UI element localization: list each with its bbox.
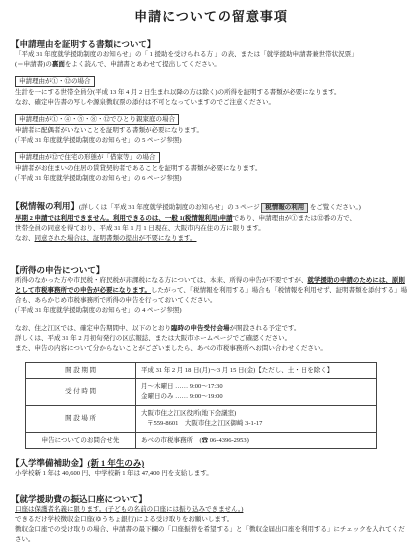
tax-line3: なお、同意された場合は、証明書類の提出が不要になります。 bbox=[11, 234, 411, 244]
tax-filing-venue-table: 開 設 期 間 平成 31 年 2 月 18 日(月)～3 月 15 日(金)【… bbox=[25, 362, 377, 449]
row-label-contact: 申告についてのお問合せ先 bbox=[26, 433, 136, 449]
income-p1-a: 所得のなかった方や市民税・府民税が非課税になる方については、本来、所得の申告が不… bbox=[15, 277, 307, 284]
tax-heading-note-a: (詳しくは「平成 31 年度就学援助制度のお知らせ」の 3 ページ bbox=[79, 204, 261, 211]
tax-line3-emph: 同意された場合は、証明書類の提出が不要になります。 bbox=[35, 235, 197, 242]
case3-line2: (「平成 31 年度就学援助制度のお知らせ」の 6 ページ参照) bbox=[11, 174, 411, 184]
case2-line2: (「平成 31 年度就学援助制度のお知らせ」の 5 ページ参照) bbox=[11, 136, 411, 146]
row-value-hours: 月～木曜日 …… 9:00～17:30 金曜日のみ …… 9:00～19:00 bbox=[136, 379, 377, 406]
docs-intro-line2-c: をよく読んで、申請書とあわせて提出してください。 bbox=[65, 61, 221, 68]
income-p1-reference: (「平成 31 年度就学援助制度のお知らせ」の 4 ページ参照) bbox=[11, 306, 411, 316]
account-line3: 徴収金口座での受け取りの場合、申請書の最下欄の「口座振替を希望する」と「徴収金届… bbox=[11, 525, 411, 545]
case3-line1: 申請者がお住まいの住居の賃貸契約者であることを証明する書類が必要になります。 bbox=[11, 164, 411, 174]
table-row: 申告についてのお問合せ先 あべの市税事務所 (☎ 06-4396-2953) bbox=[26, 433, 377, 449]
section-heading-tax: 【税情報の利用】(詳しくは「平成 31 年度就学援助制度のお知らせ」の 3 ペー… bbox=[11, 200, 411, 214]
tax-heading-note-b: をご覧ください。) bbox=[308, 204, 361, 211]
row-label-period: 開 設 期 間 bbox=[26, 363, 136, 379]
row-label-hours: 受 付 時 間 bbox=[26, 379, 136, 406]
income-p2-c: が開設される予定です。 bbox=[230, 325, 301, 332]
docs-intro-line2: (＝申請書)の裏面をよく読んで、申請書とあわせて提出してください。 bbox=[11, 60, 411, 70]
section-heading-bank-account: 【就学援助費の振込口座について】 bbox=[11, 493, 411, 505]
entry-subsidy-heading: 【入学準備補助金】 bbox=[11, 458, 88, 468]
income-paragraph2-line1: なお、住之江区では、確定申告期間中、以下のとおり臨時の申告受付会場が開設される予… bbox=[11, 324, 411, 334]
row-value-contact: あべの市税事務所 (☎ 06-4396-2953) bbox=[136, 433, 377, 449]
tax-line3-pre: なお、 bbox=[15, 235, 35, 242]
entry-subsidy-amounts: 小学校新 1 年は 40,600 円、中学校新 1 年は 47,400 円を支給… bbox=[11, 469, 411, 479]
row-value-period: 平成 31 年 2 月 18 日(月)～3 月 15 日(金)【ただし、土・日を… bbox=[136, 363, 377, 379]
case1-line2: なお、確定申告書の写しや源泉徴収票の添付は不可となっていますのでご注意ください。 bbox=[11, 98, 411, 108]
tax-line1: 早期 2 申請では利用できません。利用できるのは、一般 1(税情報利用)申請であ… bbox=[11, 214, 411, 224]
place-name: 大阪市住之江区役所(地下会議室) bbox=[141, 409, 371, 419]
section-heading-entry-subsidy: 【入学準備補助金】(新 1 年生のみ) bbox=[11, 457, 411, 469]
docs-intro-line2-emph: 裏面 bbox=[52, 61, 65, 68]
docs-intro-line1: 「平成 31 年度就学援助制度のお知らせ」の「 1 援助を受けられる方 」の表、… bbox=[11, 50, 411, 60]
section-heading-income: 【所得の申告について】 bbox=[11, 264, 411, 276]
table-row: 開 設 期 間 平成 31 年 2 月 18 日(月)～3 月 15 日(金)【… bbox=[26, 363, 377, 379]
contact-office-name: あべの市税事務所 ( bbox=[141, 437, 202, 444]
case2-line1: 申請者に配偶者がいないことを証明する書類が必要になります。 bbox=[11, 126, 411, 136]
row-value-place: 大阪市住之江区役所(地下会議室) 〒559-8601 大阪市住之江区御崎 3-1… bbox=[136, 406, 377, 433]
hours-weekday: 月～木曜日 …… 9:00～17:30 bbox=[141, 382, 371, 392]
case3-label-box: 申請理由が⑫で住宅の形態が「借家等」の場合 bbox=[15, 152, 160, 163]
case1-label-box: 申請理由が①・⑫の場合 bbox=[15, 76, 95, 87]
income-p2-a: なお、住之江区では、確定申告期間中、以下のとおり bbox=[15, 325, 171, 332]
table-row: 開 設 場 所 大阪市住之江区役所(地下会議室) 〒559-8601 大阪市住之… bbox=[26, 406, 377, 433]
document-page: 申請についての留意事項 【申請理由を証明する書類について】 「平成 31 年度就… bbox=[0, 0, 420, 555]
docs-intro-line2-a: (＝申請書)の bbox=[15, 61, 52, 68]
account-line2: できるだけ学校徴収金口座(ゆうちょ銀行)による受け取りをお願いします。 bbox=[11, 515, 411, 525]
place-address: 〒559-8601 大阪市住之江区御崎 3-1-17 bbox=[141, 419, 371, 429]
income-paragraph2-line3: また、申告の内容について分からないことがございましたら、あべの市税事務所へお問い… bbox=[11, 344, 411, 354]
hours-friday: 金曜日のみ …… 9:00～19:00 bbox=[141, 392, 371, 402]
account-line1: 口座は保護者名義に限ります。(子どもの名前の口座には振り込みできません。) bbox=[11, 505, 411, 515]
tax-line1-emph: 早期 2 申請では利用できません。利用できるのは、一般 1(税情報利用)申請 bbox=[15, 215, 233, 222]
tax-info-badge: 税情報の利用 bbox=[261, 203, 308, 213]
income-p2-emph: 臨時の申告受付会場 bbox=[171, 325, 230, 332]
table-row: 受 付 時 間 月～木曜日 …… 9:00～17:30 金曜日のみ …… 9:0… bbox=[26, 379, 377, 406]
income-paragraph1: 所得のなかった方や市民税・府民税が非課税になる方については、本来、所得の申告が不… bbox=[11, 276, 411, 306]
income-paragraph2-line2: 詳しくは、平成 31 年 2 月初旬発行の区広報誌、または大阪市ホームページでご… bbox=[11, 334, 411, 344]
page-title: 申請についての留意事項 bbox=[11, 8, 411, 26]
contact-phone-number: 06-4396-2953) bbox=[208, 437, 249, 444]
section-heading-documents: 【申請理由を証明する書類について】 bbox=[11, 38, 411, 50]
tax-line2: 世帯全員の同意を得ており、平成 31 年 1 月 1 日現在、大阪市内在住の方に… bbox=[11, 224, 411, 234]
entry-subsidy-heading-note: (新 1 年生のみ) bbox=[88, 458, 145, 468]
case1-line1: 生計を一にする世帯全員分(平成 13 年 4 月 2 日生まれ以降の方は除く)の… bbox=[11, 88, 411, 98]
case2-label-box: 申請理由が①・④・⑤・⑧・⑫でひとり親家庭の場合 bbox=[15, 114, 179, 125]
tax-line1-rest: であり、申請理由が①または⑫番の方で、 bbox=[233, 215, 356, 222]
tax-heading: 【税情報の利用】 bbox=[11, 201, 79, 211]
row-label-place: 開 設 場 所 bbox=[26, 406, 136, 433]
